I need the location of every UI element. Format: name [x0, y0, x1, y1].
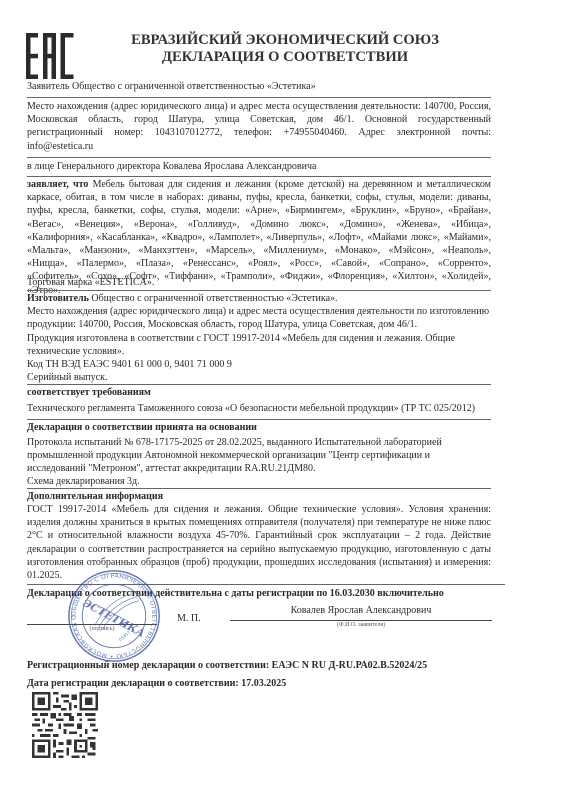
manufacturer-standard: Продукция изготовлена в соответствии с Г…: [27, 332, 467, 358]
applicant-address: Место нахождения (адрес юридического лиц…: [27, 100, 491, 153]
svg-text:ЭСТЕТИКА: ЭСТЕТИКА: [80, 597, 146, 640]
title-declaration: ДЕКЛАРАЦИЯ О СООТВЕТСТВИИ: [110, 49, 460, 66]
applicant-name: Общество с ограниченной ответственностью…: [69, 81, 315, 92]
title-union: ЕВРАЗИЙСКИЙ ЭКОНОМИЧЕСКИЙ СОЮЗ: [110, 32, 460, 49]
manufacturer-label: Изготовитель: [27, 293, 89, 304]
compliance-heading: соответствует требованиям: [27, 386, 491, 399]
signer-caption: (Ф.И.О. заявителя): [230, 622, 492, 628]
divider: [27, 290, 491, 291]
document-title: ЕВРАЗИЙСКИЙ ЭКОНОМИЧЕСКИЙ СОЮЗ ДЕКЛАРАЦИ…: [110, 32, 460, 66]
qr-code-icon[interactable]: [32, 692, 98, 758]
tn-ved-code: Код ТН ВЭД ЕАЭС 9401 61 000 0, 9401 71 0…: [27, 358, 491, 371]
registration-number: Регистрационный номер декларации о соотв…: [27, 659, 507, 672]
basis-heading: Декларация о соответствии принята на осн…: [27, 421, 491, 434]
divider: [27, 157, 491, 158]
signer-name-line: [230, 620, 492, 621]
divider: [27, 419, 491, 420]
manufacturer-name: Общество с ограниченной ответственностью…: [89, 293, 338, 304]
compliance-regulation: Технического регламента Таможенного союз…: [27, 402, 491, 415]
divider: [27, 176, 491, 177]
release-type: Серийный выпуск.: [27, 371, 491, 384]
basis-scheme: Схема декларирования 3д.: [27, 475, 491, 488]
manufacturer-address: Место нахождения (адрес юридического лиц…: [27, 305, 491, 331]
divider: [27, 384, 491, 385]
applicant-line: Заявитель Общество с ограниченной ответс…: [27, 80, 491, 93]
trademark: Торговая марка «ESTETICA».: [27, 276, 491, 289]
company-seal-icon: ОБЩЕСТВО С ОГРАНИЧЕННОЙ ОТВЕТСТВЕННОСТЬЮ…: [66, 568, 162, 664]
signer-name: Ковалев Ярослав Александрович: [230, 604, 492, 617]
applicant-label: Заявитель: [27, 81, 69, 92]
declares-lead: заявляет, что: [27, 179, 88, 190]
additional-heading: Дополнительная информация: [27, 490, 491, 503]
basis-protocol: Протокола испытаний № 678-17175-2025 от …: [27, 436, 472, 476]
divider: [27, 488, 491, 489]
applicant-representative: в лице Генерального директора Ковалева Я…: [27, 160, 491, 173]
seal-label: М. П.: [177, 612, 217, 625]
manufacturer-line: Изготовитель Общество с ограниченной отв…: [27, 292, 491, 305]
divider: [27, 97, 491, 98]
eac-logo-icon: [26, 33, 74, 79]
registration-date: Дата регистрации декларации о соответств…: [27, 677, 507, 690]
